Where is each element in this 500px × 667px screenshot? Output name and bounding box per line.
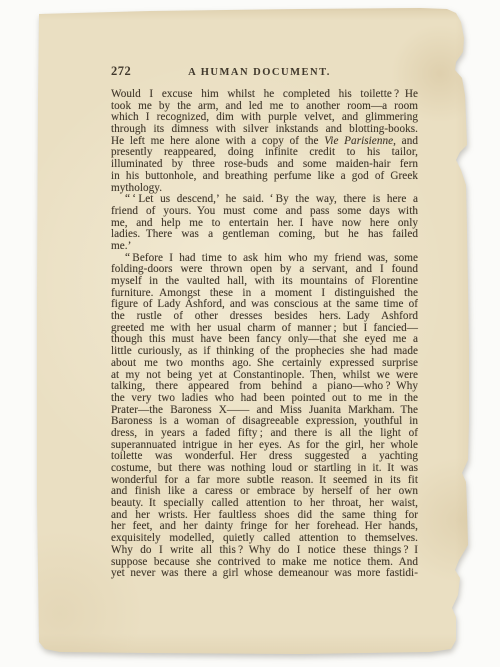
scan-background: 272 A HUMAN DOCUMENT. Would I excuse him… — [0, 0, 500, 667]
text-segment: , and — [393, 135, 418, 147]
text-segment: greeted me with her usual charm of manne… — [111, 322, 418, 334]
text-segment: yet never was there a girl whose demeano… — [111, 567, 418, 579]
text-segment: costume, but there was nothing loud or s… — [111, 462, 418, 474]
text-segment: took me by the arm, and led me to anothe… — [111, 100, 418, 112]
text-segment: and finish like a caress or embrace by h… — [111, 485, 418, 497]
book-page: 272 A HUMAN DOCUMENT. Would I excuse him… — [0, 0, 500, 667]
text-segment: at my not being yet at Constantinople. T… — [111, 369, 418, 381]
text-segment: ladies. There was a gentleman coming, bu… — [111, 228, 418, 240]
text-segment: toilette was wonderful. Her dress sugges… — [111, 450, 418, 462]
text-segment: the rustle of other dresses besides hers… — [111, 310, 418, 322]
italic-text-segment: Vie Parisienne — [324, 135, 393, 147]
text-segment: “ Before I had time to ask him who my fr… — [125, 252, 418, 264]
text-segment: exquisitely modelled, quietly called att… — [111, 532, 418, 544]
running-title: A HUMAN DOCUMENT. — [106, 67, 413, 78]
text-segment: the very two ladies who had been pointed… — [111, 392, 418, 404]
text-line: yet never was there a girl whose demeano… — [111, 568, 418, 580]
text-segment: Why do I write all this ? Why do I notic… — [111, 544, 418, 556]
text-segment: myself in the vaulted hall, with its mou… — [111, 275, 418, 287]
text-segment: which I recognized, dim with purple velv… — [111, 111, 418, 123]
text-segment: furniture. Amongst these in a moment I d… — [111, 287, 418, 299]
text-segment: illuminated by three rose-buds and some … — [111, 158, 418, 170]
text-segment: me, and help me to entertain her. I have… — [111, 217, 418, 229]
text-segment: figure of Lady Ashford, and was consciou… — [111, 298, 418, 310]
text-segment: little curiously, as if thinking of the … — [111, 345, 418, 357]
text-segment: suppose because she contrived to make me… — [111, 556, 418, 568]
text-segment: dress, in years a faded fifty ; and ther… — [111, 427, 418, 439]
text-segment: mythology. — [111, 182, 162, 194]
text-line: ladies. There was a gentleman coming, bu… — [111, 229, 418, 241]
text-segment: wonderful for a far more subtle reason. … — [111, 474, 418, 486]
page-body-text: Would I excuse him whilst he completed h… — [111, 89, 418, 580]
text-segment: in his buttonhole, and breathing perfume… — [111, 170, 418, 182]
text-segment: presently reappeared, doing infinite cre… — [111, 146, 418, 158]
text-segment: Baroness is a woman of disagreeable expr… — [111, 415, 418, 427]
text-segment: me.’ — [111, 240, 131, 252]
text-segment: “ ‘ Let us descend,’ he said. ‘ By the w… — [125, 193, 418, 205]
text-segment: He left me here alone with a copy of the — [111, 135, 324, 147]
text-segment: Would I excuse him whilst he completed h… — [111, 88, 418, 100]
text-segment: through its dimness with silver inkstand… — [111, 123, 418, 135]
text-segment: Prater—the Baroness X—— and Miss Juanita… — [111, 404, 418, 416]
text-segment: folding-doors were thrown open by a serv… — [111, 263, 418, 275]
text-segment: about me two months ago. She certainly e… — [111, 357, 418, 369]
text-segment: talking, there appeared from behind a pi… — [111, 380, 418, 392]
text-segment: and her wrists. Her faultless shoes did … — [111, 509, 418, 521]
text-segment: her feet, and her dainty fringe for her … — [111, 520, 418, 532]
text-segment: superannuated intrigue in her eyes. As f… — [111, 439, 418, 451]
text-segment: though this must have been fancy only—th… — [111, 333, 418, 345]
text-segment: friend of yours. You must come and pass … — [111, 205, 418, 217]
text-segment: beauty. It specially called attention to… — [111, 497, 418, 509]
